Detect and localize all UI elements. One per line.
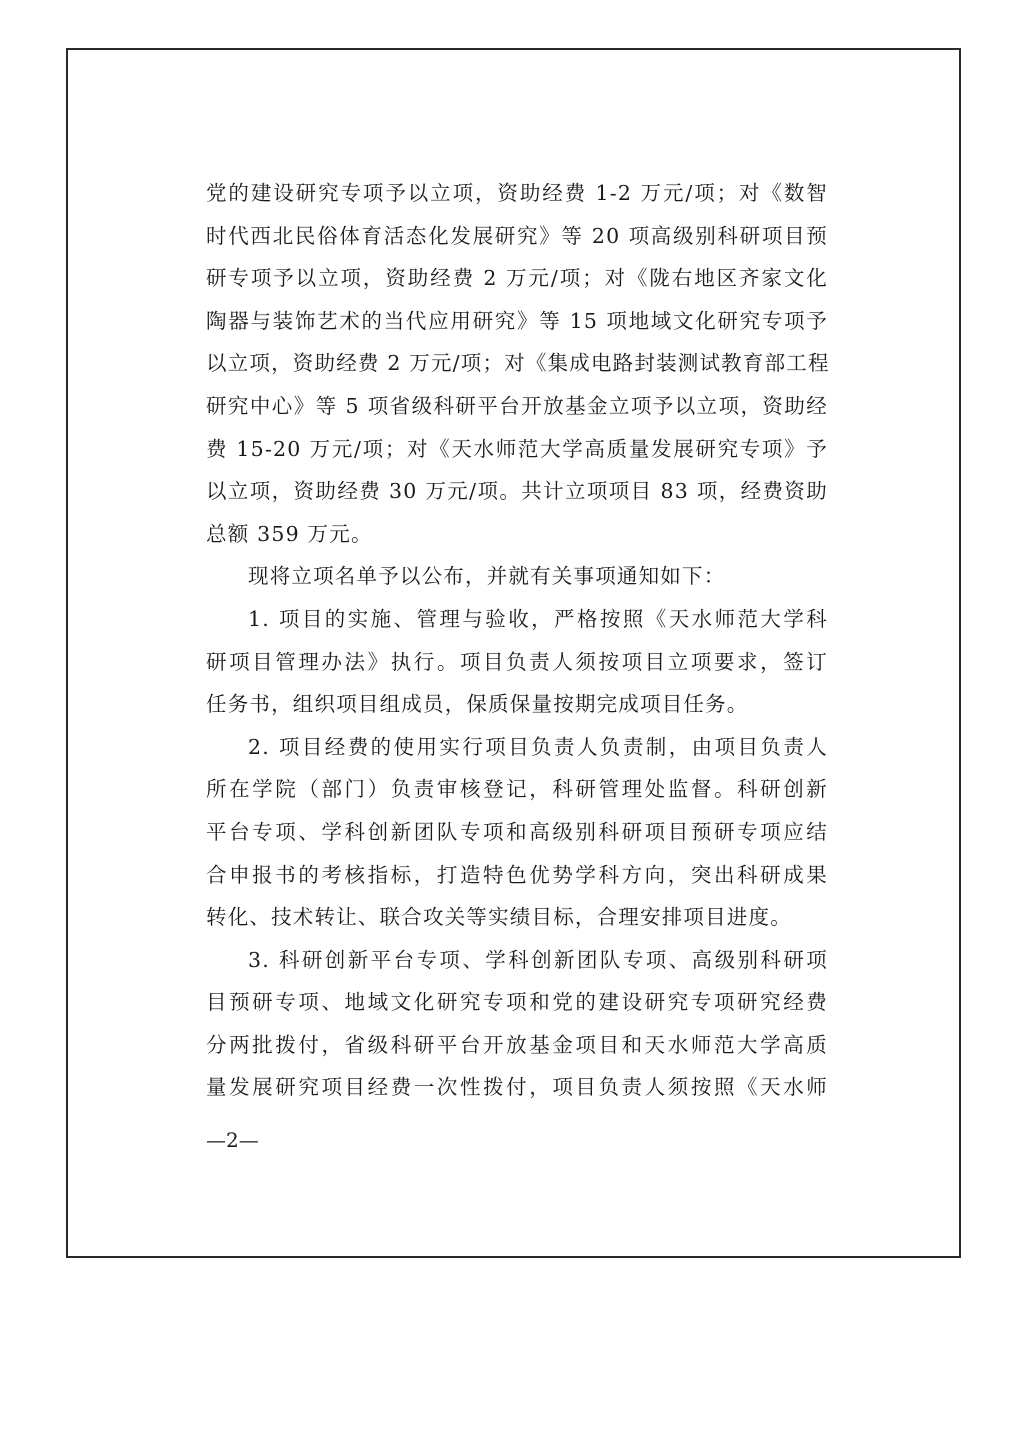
text-line: 研究中心》等 5 项省级科研平台开放基金立项予以立项，资助经: [206, 385, 828, 428]
item-1-line: 任务书，组织项目组成员，保质保量按期完成项目任务。: [206, 683, 828, 726]
item-1-line: 1. 项目的实施、管理与验收，严格按照《天水师范大学科: [206, 598, 828, 641]
item-2-line: 平台专项、学科创新团队专项和高级别科研项目预研专项应结: [206, 811, 828, 854]
document-body: 党的建设研究专项予以立项，资助经费 1-2 万元/项；对《数智 时代西北民俗体育…: [206, 172, 828, 1109]
page-number: —2—: [206, 1128, 259, 1152]
item-2-line: 合申报书的考核指标，打造特色优势学科方向，突出科研成果: [206, 854, 828, 897]
text-line: 党的建设研究专项予以立项，资助经费 1-2 万元/项；对《数智: [206, 172, 828, 215]
item-2-line: 转化、技术转让、联合攻关等实绩目标，合理安排项目进度。: [206, 896, 828, 939]
item-3-line: 目预研专项、地域文化研究专项和党的建设研究专项研究经费: [206, 981, 828, 1024]
text-line: 费 15-20 万元/项；对《天水师范大学高质量发展研究专项》予: [206, 428, 828, 471]
item-3-line: 量发展研究项目经费一次性拨付，项目负责人须按照《天水师: [206, 1066, 828, 1109]
text-line: 总额 359 万元。: [206, 513, 828, 556]
item-2-line: 所在学院（部门）负责审核登记，科研管理处监督。科研创新: [206, 768, 828, 811]
item-2-line: 2. 项目经费的使用实行项目负责人负责制，由项目负责人: [206, 726, 828, 769]
text-line: 以立项，资助经费 2 万元/项；对《集成电路封装测试教育部工程: [206, 342, 828, 385]
item-1-line: 研项目管理办法》执行。项目负责人须按项目立项要求，签订: [206, 641, 828, 684]
text-line: 陶器与装饰艺术的当代应用研究》等 15 项地域文化研究专项予: [206, 300, 828, 343]
text-line: 时代西北民俗体育活态化发展研究》等 20 项高级别科研项目预: [206, 215, 828, 258]
text-line: 以立项，资助经费 30 万元/项。共计立项项目 83 项，经费资助: [206, 470, 828, 513]
item-3-line: 分两批拨付，省级科研平台开放基金项目和天水师范大学高质: [206, 1024, 828, 1067]
item-3-line: 3. 科研创新平台专项、学科创新团队专项、高级别科研项: [206, 939, 828, 982]
text-line: 研专项予以立项，资助经费 2 万元/项；对《陇右地区齐家文化: [206, 257, 828, 300]
announcement-line: 现将立项名单予以公布，并就有关事项通知如下：: [206, 555, 828, 598]
